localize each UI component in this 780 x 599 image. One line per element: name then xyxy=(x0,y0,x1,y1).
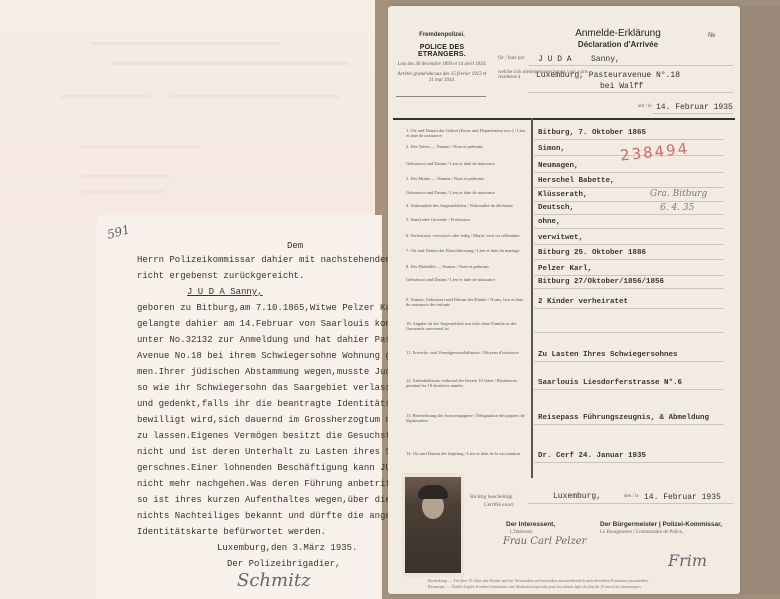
residence-address: Luxemburg, Pasteuravenue N°.18 xyxy=(536,71,680,80)
letter-line: men.Ihrer jüdischen Abstammung wegen,mus… xyxy=(137,367,429,377)
agency-fr: POLICE DES ETRANGERS. xyxy=(396,44,488,58)
title-de: Anmelde-Erklärung xyxy=(538,28,698,39)
certified-label-fr: Certifié exact xyxy=(484,502,514,508)
title-fr: Déclaration d'Arrivée xyxy=(538,40,698,49)
letter-signatory-title: Der Polizeibrigadier, xyxy=(227,559,340,569)
certified-date: 14. Februar 1935 xyxy=(644,493,721,502)
form-row-label: 5. Stand oder Gewerbe / Profession xyxy=(406,217,528,222)
faded-background-text xyxy=(0,0,380,220)
mayor-signature: Frim xyxy=(668,551,707,570)
form-row-value: Bitburg 25. Oktober 1886 xyxy=(538,249,646,257)
form-row-value: Simon, xyxy=(538,145,565,153)
agency-de: Fremdenpolizei. xyxy=(396,32,488,38)
letter-line: Herrn Polizeikommissar dahier mit nachst… xyxy=(137,255,412,265)
form-row-value: ohne, xyxy=(538,218,561,226)
letter-place-date: Luxemburg,den 3.März 1935. xyxy=(217,543,357,553)
mayor-label: Der Bürgermeister | Polizei-Kommissar, xyxy=(600,521,722,528)
letter-line: nicht mehr nachgehen.Was deren Führung a… xyxy=(137,479,407,489)
date-label: am / le xyxy=(638,104,652,109)
annotation-number: 591 xyxy=(106,222,132,241)
pencil-note: Gra. Bitburg xyxy=(650,189,707,199)
form-row-label: 3. Der Mutter — Namen / Nom et prénoms xyxy=(406,176,528,181)
form-row-label: 1. Ort und Datum der Geburt (Kreis und D… xyxy=(406,128,528,138)
letter-line: gelangte dahier am 14.Februar von Saarlo… xyxy=(137,319,418,329)
form-row-value: verwitwet, xyxy=(538,234,583,242)
declarant-surname: J U D A xyxy=(538,55,572,64)
form-row-value: 2 Kinder verheiratet xyxy=(538,298,628,306)
police-report-letter: 591 Dem Herrn Polizeikommissar dahier mi… xyxy=(97,215,382,599)
mayor-label-fr: Le Bourgmestre | Commissaire de Police, xyxy=(600,530,683,535)
form-row-value: Herschel Babette, xyxy=(538,177,615,185)
page-edge xyxy=(740,6,780,594)
interessent-label: Der Interessent, xyxy=(506,521,555,528)
registration-form: Fremdenpolizei. POLICE DES ETRANGERS. Lo… xyxy=(388,6,740,594)
letter-line: so wie ihr Schwiegersohn das Saargebiet … xyxy=(137,383,402,393)
form-row-label: 6. Verheiratet, verwitwet oder ledig / M… xyxy=(406,233,528,238)
form-row-value: Klüsserath, xyxy=(538,191,588,199)
form-row-label: Geburtsort und Datum / Lieu et date de n… xyxy=(406,161,528,166)
letter-line: so ist ihres kurzen Aufenthaltes wegen,ü… xyxy=(137,495,418,505)
form-row-label: 14. Ort und Datum der Impfung / Lieu et … xyxy=(406,451,528,456)
interessent-label-fr: L'Intéressé, xyxy=(510,530,533,535)
letter-line: nichts Nachteiliges bekannt und dürfte d… xyxy=(137,511,423,521)
letter-line: bewilligt wird,sich dauernd im Grossherz… xyxy=(137,415,423,425)
declarant-firstname: Sanny, xyxy=(591,55,620,64)
letter-line: zu lassen.Eigenes Vermögen besitzt die G… xyxy=(137,431,418,441)
pencil-note-date: 6. 4. 35 xyxy=(660,203,694,213)
form-row-value: Reisepass Führungszeugnis, & Abmeldung xyxy=(538,414,709,422)
column-divider xyxy=(531,118,533,478)
certified-place: Luxemburg, xyxy=(553,492,601,501)
form-row-label: 10. Angabe ob der Angemeldete mit oder o… xyxy=(406,321,528,331)
form-row-value: Bitburg 27/Oktober/1856/1856 xyxy=(538,278,664,286)
certified-den-label: den / le xyxy=(624,494,639,499)
letter-line: gerschnes.Einer lohnenden Beschäftigung … xyxy=(137,463,402,473)
form-row-label: 13. Bezeichnung der Ausweispapiere / Dés… xyxy=(406,413,528,423)
form-row-value: Deutsch, xyxy=(538,204,574,212)
remark-fr: Remarque. — Établir d'après le même form… xyxy=(428,584,642,589)
letter-line: Identitätskarte befürwortet werden. xyxy=(137,527,326,537)
form-row-value: Pelzer Karl, xyxy=(538,265,592,273)
decree-reference: Arrêtés grand-ducaux des 15 février 1912… xyxy=(396,72,488,84)
declarant-photo xyxy=(402,473,464,577)
residence-care-of: bei Walff xyxy=(600,82,643,91)
letter-line: unter No.32132 zur Anmeldung und hat dah… xyxy=(137,335,418,345)
certified-label-de: Richtig bescheinigt xyxy=(470,494,513,500)
remark-de: Bemerkung. — Für über 15 Jahre alte Kind… xyxy=(428,578,649,583)
form-row-label: 8. Der Ehehälfte — Namen / Nom et prénom… xyxy=(406,264,528,269)
form-row-label: 12. Aufenthaltsorte während der letzten … xyxy=(406,378,528,388)
form-row-label: 2. Des Vaters — Namen / Nom et prénoms xyxy=(406,144,528,149)
registration-date: 14. Februar 1935 xyxy=(656,103,733,112)
red-stamp-number: 238494 xyxy=(619,139,690,164)
form-agency-header: Fremdenpolizei. POLICE DES ETRANGERS. Lo… xyxy=(396,32,488,84)
law-reference: Lois des 30 décembre 1893 et 14 avril 19… xyxy=(396,62,488,68)
letter-line: und gedenkt,falls ihr die beantragte Ide… xyxy=(137,399,418,409)
form-row-label: 4. Nationalität des Angemeldeten / Natio… xyxy=(406,203,528,208)
form-row-value: Bitburg, 7. Oktober 1865 xyxy=(538,129,646,137)
letter-line: geboren zu Bitburg,am 7.10.1865,Witwe Pe… xyxy=(137,303,407,313)
form-row-label: Geburtsort und Datum / Lieu et date de n… xyxy=(406,190,528,195)
form-row-label: Geburtsort und Datum / Lieu et date de n… xyxy=(406,277,528,282)
form-row-label: 11. Erwerbs- und Vermögensverhältnisse /… xyxy=(406,350,528,355)
form-number: №19112 xyxy=(708,32,716,39)
letter-line: richt ergebenst zurückgereicht. xyxy=(137,271,304,281)
form-row-label: 7. Ort und Datum der Eheschliessung / Li… xyxy=(406,248,528,253)
form-row-label: 9. Namen, Geburtsort und Datum der Kinde… xyxy=(406,297,528,307)
form-row-value: Saarlouis Liesdorferstrasse N°.6 xyxy=(538,379,682,387)
letter-line: Dem xyxy=(287,241,303,251)
interessent-signature: Frau Carl Pelzer xyxy=(503,536,586,547)
letter-line: nicht und ist deren Unterhalt zu Lasten … xyxy=(137,447,423,457)
letter-subject-name: J U D A Sanny, xyxy=(187,287,263,297)
fuer-label: für / faite par xyxy=(498,56,524,61)
letter-signature: Schmitz xyxy=(237,570,311,591)
letter-line: Avenue No.18 bei ihrem Schwiegersohne Wo… xyxy=(137,351,418,361)
form-title: Anmelde-Erklärung Déclaration d'Arrivée xyxy=(538,28,698,49)
form-row-value: Zu Lasten Ihres Schwiegersohnes xyxy=(538,351,678,359)
form-row-value: Dr. Cerf 24. Januar 1935 xyxy=(538,452,646,460)
form-row-value: Neumagen, xyxy=(538,162,579,170)
